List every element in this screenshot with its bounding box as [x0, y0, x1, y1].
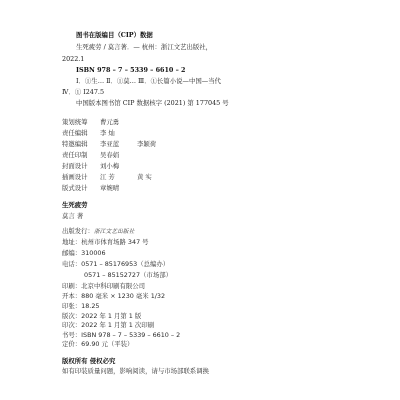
cip-subjects: Ⅰ．①生… Ⅱ．①莫… Ⅲ．①长篇小说—中国—当代 — [76, 76, 221, 86]
credit-name: 吴春娟 — [100, 150, 137, 160]
book-title: 生死疲劳 — [62, 200, 88, 210]
cip-line-2: 2022.1 — [62, 54, 84, 64]
printer-row: 印刷：北京中科印刷有限公司 — [62, 281, 145, 291]
credit-label: 责任印制 — [62, 150, 100, 160]
copyright-page: 图书在版编目（CIP）数据 生死疲劳 / 莫言著．— 杭州：浙江文艺出版社， 2… — [0, 0, 400, 400]
credit-name: 江 芳 — [100, 172, 137, 182]
cip-classification: Ⅳ．① I247.5 — [62, 87, 104, 97]
phone-row: 电话：0571 – 85176953（总编办） — [62, 259, 169, 269]
impression-row: 印次：2022 年 1 月第 1 次印刷 — [62, 320, 154, 330]
copyright-heading: 版权所有 侵权必究 — [62, 356, 115, 366]
credit-row: 责任印制吴春娟 — [62, 150, 137, 160]
sheets-value: 18.25 — [81, 302, 99, 310]
sheets-row: 印张：18.25 — [62, 301, 99, 311]
credit-label: 特邀编辑 — [62, 139, 100, 149]
printer-value: 北京中科印刷有限公司 — [81, 282, 145, 290]
credit-name: 李颖荷 — [137, 139, 174, 149]
address-row: 地址：杭州市体育场路 347 号 — [62, 237, 149, 247]
format-row: 开本：880 毫米 × 1230 毫米 1/32 — [62, 291, 165, 301]
phone-value-2: 0571 – 85152727（市场部） — [84, 270, 172, 280]
price-value: 69.90 元（平装） — [81, 340, 133, 348]
format-label: 开本： — [62, 292, 81, 300]
edition-value: 2022 年 1 月第 1 版 — [81, 312, 141, 320]
credit-row: 特邀编辑李亚蓝李颖荷 — [62, 139, 174, 149]
isbn-label: 书号： — [62, 331, 81, 339]
impression-label: 印次： — [62, 321, 81, 329]
printer-label: 印刷： — [62, 282, 81, 290]
address-label: 地址： — [62, 238, 81, 246]
price-row: 定价：69.90 元（平装） — [62, 339, 133, 349]
credit-name: 刘小梅 — [100, 161, 137, 171]
publisher-row: 出版发行：浙江文艺出版社 — [62, 226, 135, 237]
credit-row: 插画设计江 芳黄 实 — [62, 172, 174, 182]
credit-label: 插画设计 — [62, 172, 100, 182]
edition-label: 版次： — [62, 312, 81, 320]
publisher-label: 出版发行： — [62, 227, 94, 235]
phone-value-1: 0571 – 85176953（总编办） — [81, 260, 169, 268]
copyright-notice: 如有印装质量问题，影响阅读，请与市场部联系调换 — [62, 366, 209, 376]
credit-label: 策划统筹 — [62, 117, 100, 127]
sheets-label: 印张： — [62, 302, 81, 310]
postcode-value: 310006 — [81, 249, 105, 257]
credit-row: 封面设计刘小梅 — [62, 161, 137, 171]
address-value: 杭州市体育场路 347 号 — [81, 238, 148, 246]
credit-name: 黄 实 — [137, 172, 174, 182]
phone-label: 电话： — [62, 260, 81, 268]
credit-row: 策划统筹曹元勇 — [62, 117, 137, 127]
price-label: 定价： — [62, 340, 81, 348]
cip-record: 中国版本图书馆 CIP 数据核字 (2021) 第 177045 号 — [76, 98, 229, 108]
credit-name: 李亚蓝 — [100, 139, 137, 149]
format-value: 880 毫米 × 1230 毫米 1/32 — [81, 292, 165, 300]
postcode-row: 邮编：310006 — [62, 248, 106, 258]
credit-row: 版式设计章婉晴 — [62, 183, 137, 193]
book-author: 莫言 著 — [62, 211, 83, 221]
cip-isbn: ISBN 978 – 7 – 5339 – 6610 – 2 — [76, 65, 185, 75]
credit-name: 李 灿 — [100, 128, 137, 138]
credit-name: 曹元勇 — [100, 117, 137, 127]
credit-label: 版式设计 — [62, 183, 100, 193]
credit-label: 封面设计 — [62, 161, 100, 171]
publisher-logo: 浙江文艺出版社 — [94, 229, 135, 235]
cip-line-1: 生死疲劳 / 莫言著．— 杭州：浙江文艺出版社， — [76, 42, 212, 52]
cip-heading: 图书在版编目（CIP）数据 — [76, 30, 153, 40]
impression-value: 2022 年 1 月第 1 次印刷 — [81, 321, 154, 329]
isbn-value: ISBN 978 – 7 – 5339 – 6610 – 2 — [81, 331, 180, 339]
postcode-label: 邮编： — [62, 249, 81, 257]
credit-label: 责任编辑 — [62, 128, 100, 138]
credit-row: 责任编辑李 灿 — [62, 128, 137, 138]
credit-name: 章婉晴 — [100, 183, 137, 193]
